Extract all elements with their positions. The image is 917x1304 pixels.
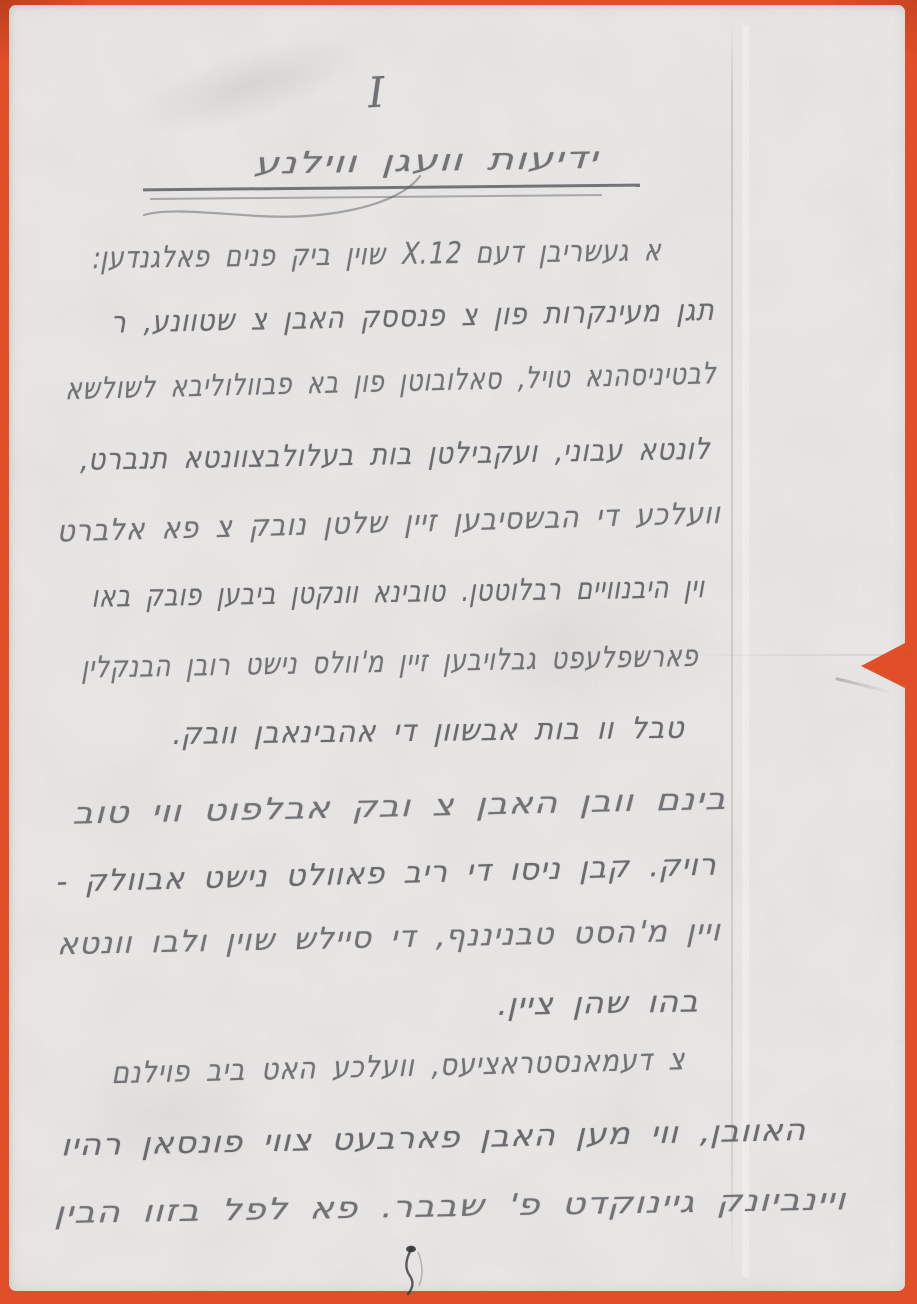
paper-stain xyxy=(124,16,374,153)
page-number: I xyxy=(367,68,386,118)
bottom-edge-dip xyxy=(398,1289,444,1295)
edge-tear-notch xyxy=(861,643,905,688)
handwritten-line: טבל וו בות אבשוון די אהבינאבן וובק. xyxy=(144,711,686,753)
handwritten-line: בהו שהן ציין. xyxy=(511,984,701,1022)
fold-crease-highlight xyxy=(742,25,749,1277)
scan-frame: { "document": { "description": "Handwrit… xyxy=(0,0,917,1304)
document-title: ידיעות וועגן ווילנע xyxy=(345,141,601,180)
vertical-fold-crease xyxy=(731,20,733,1272)
